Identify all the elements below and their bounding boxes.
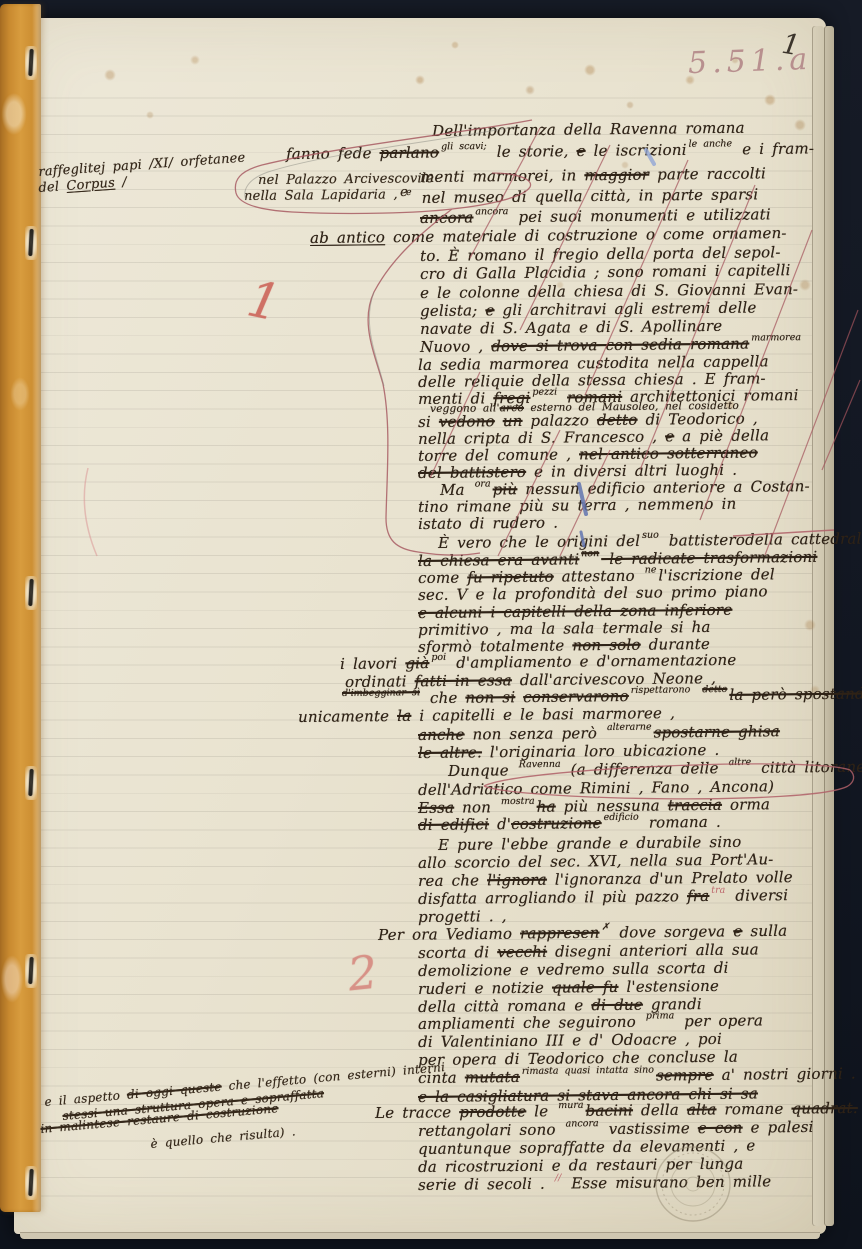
staple [25,954,37,988]
staple [25,766,37,800]
under-page-edge [812,26,824,1226]
manuscript-line: serie di secoli . ∕∕ Esse misurano ben m… [418,1174,771,1193]
manuscript-line: ancoraancora pei suoi monumenti e utiliz… [420,207,771,226]
manuscript-line: anche non senza però alterarnespostarne … [418,724,780,743]
manuscript-line: disfatta arrogliando il più pazzo fratra… [418,888,788,907]
scanned-manuscript-photo: { "document": { "page_number": "1", "she… [0,0,862,1249]
bottom-sheet-edge [20,1232,820,1239]
manuscript-line: menti marmorei, in maggior parte raccolt… [420,166,766,185]
manuscript-line: e [400,186,408,199]
manuscript-line: navate di S. Agata e di S. Apollinare [420,319,722,337]
manuscript-line: istato di rudero . [418,516,558,532]
staple [25,1166,37,1200]
manuscript-line: nella Sala Lapidaria , [244,188,398,203]
manuscript-line: ruderi e notizie quale fu l'estensione [418,979,719,997]
manuscript-line: tino rimane più su terra , nemmeno in [418,497,736,515]
staple [25,46,37,80]
manuscript-line: Dell'importanza della Ravenna romana [432,121,745,139]
binding-strip [0,4,41,1212]
manuscript-line: progetti . , [418,909,507,925]
under-page-edge-2 [824,26,834,1226]
manuscript-line: cinta mutatarimasta quasi intatta sinose… [418,1066,856,1086]
manuscript-line: le altre. l'originaria loro ubicazione . [418,743,720,761]
manuscript-line: di edifici d'costruzioneedificio romana … [418,815,721,833]
staple [25,576,37,610]
red-index-numeral-2: 2 [345,945,380,1002]
manuscript-line: cro di Galla Placidia ; sono romani i ca… [420,263,791,282]
staple [25,226,37,260]
manuscript-line: e nel museo di quella città, in parte sp… [404,187,758,206]
manuscript-line: di Valentiniano III e d' Odoacre , poi [418,1032,722,1050]
manuscript-line: Dunque Ravenna (a differenza delle altre… [448,760,862,779]
